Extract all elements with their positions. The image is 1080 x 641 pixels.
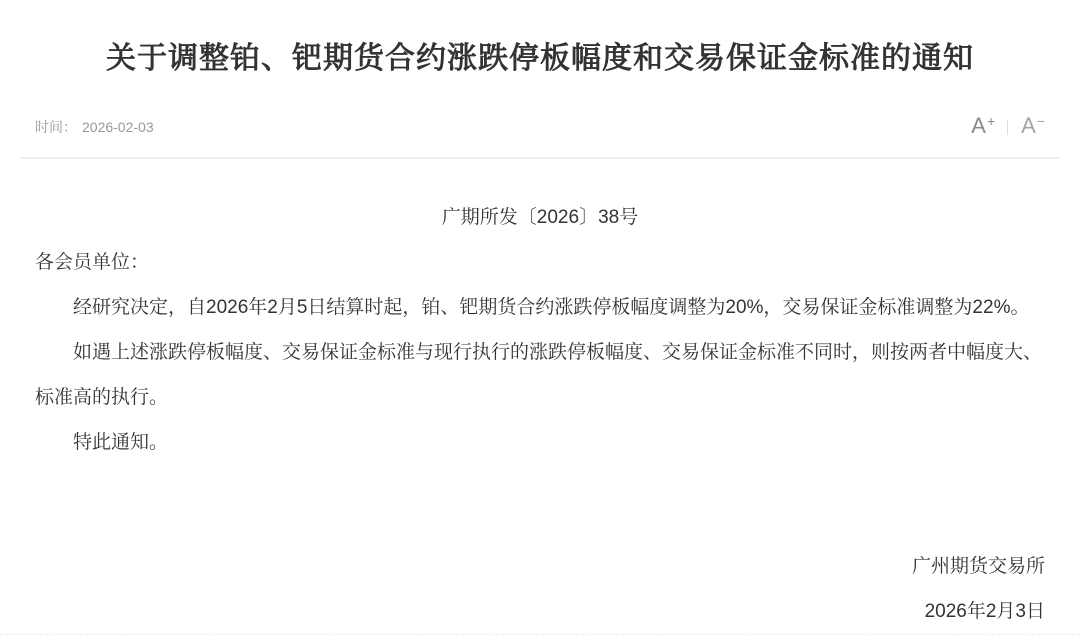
signature-org: 广州期货交易所 xyxy=(35,544,1045,589)
signature-date: 2026年2月3日 xyxy=(35,589,1045,634)
font-decrease-button[interactable]: A− xyxy=(1021,115,1044,139)
minus-icon: − xyxy=(1037,113,1045,129)
font-controls-divider xyxy=(1007,120,1008,135)
plus-icon: + xyxy=(987,113,995,129)
page-title: 关于调整铂、钯期货合约涨跌停板幅度和交易保证金标准的通知 xyxy=(50,36,1030,82)
font-increase-letter: A xyxy=(971,113,986,138)
signature-block: 广州期货交易所 2026年2月3日 xyxy=(35,544,1045,634)
notice-body: 广期所发〔2026〕38号 各会员单位： 经研究决定，自2026年2月5日结算时… xyxy=(0,195,1080,634)
publish-time-label: 时间： xyxy=(35,117,77,137)
bottom-divider xyxy=(0,634,1080,635)
salutation: 各会员单位： xyxy=(35,240,1045,285)
notice-paragraph: 特此通知。 xyxy=(35,420,1045,465)
header-divider xyxy=(20,157,1060,159)
font-decrease-letter: A xyxy=(1021,113,1036,138)
doc-number: 广期所发〔2026〕38号 xyxy=(35,195,1045,240)
publish-time: 时间： 2026-02-03 xyxy=(35,117,154,137)
font-size-controls: A+ A− xyxy=(971,115,1044,139)
notice-page: { "header": { "title": "关于调整铂、钯期货合约涨跌停板幅… xyxy=(0,0,1080,641)
publish-time-value: 2026-02-03 xyxy=(82,119,154,135)
notice-paragraph: 如遇上述涨跌停板幅度、交易保证金标准与现行执行的涨跌停板幅度、交易保证金标准不同… xyxy=(35,330,1045,420)
meta-row: 时间： 2026-02-03 A+ A− xyxy=(0,112,1080,142)
font-increase-button[interactable]: A+ xyxy=(971,115,994,139)
notice-paragraph: 经研究决定，自2026年2月5日结算时起，铂、钯期货合约涨跌停板幅度调整为20%… xyxy=(35,285,1045,330)
